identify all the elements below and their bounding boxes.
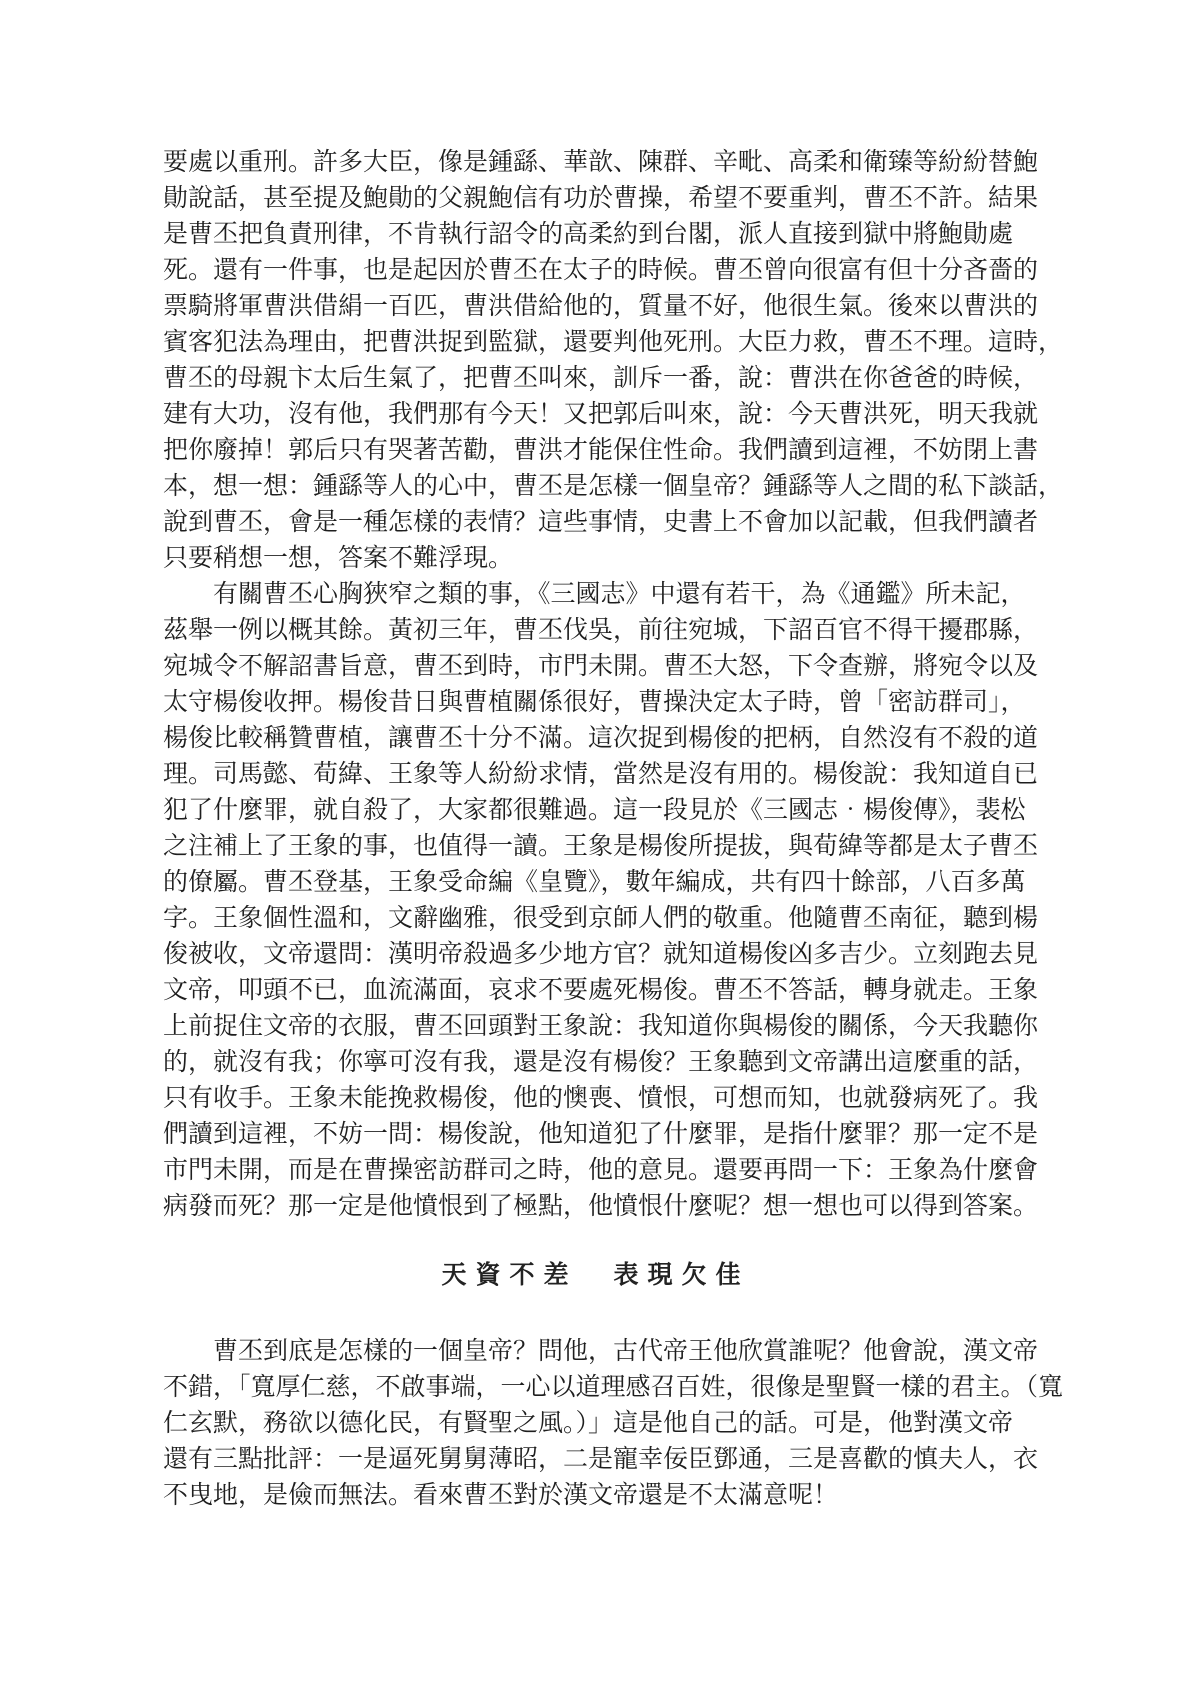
text-line: 把你廢掉！郭后只有哭著苦勸，曹洪才能保住性命。我們讀到這裡，不妨閉上書 xyxy=(163,433,1047,469)
text-line: 犯了什麼罪，就自殺了，大家都很難過。這一段見於《三國志‧楊俊傳》，裴松 xyxy=(163,793,1047,829)
text-line: 市門未開，而是在曹操密訪群司之時，他的意見。還要再問一下：王象為什麼會 xyxy=(163,1153,1047,1189)
text-line: 賓客犯法為理由，把曹洪捉到監獄，還要判他死刑。大臣力救，曹丕不理。這時， xyxy=(163,325,1047,361)
book-page: 要處以重刑。許多大臣，像是鍾繇、華歆、陳群、辛毗、高柔和衛臻等紛紛替鮑勛說話，甚… xyxy=(0,0,1191,1684)
text-line: 說到曹丕，會是一種怎樣的表情？這些事情，史書上不會加以記載，但我們讀者 xyxy=(163,505,1047,541)
paragraph: 有關曹丕心胸狹窄之類的事，《三國志》中還有若干，為《通鑑》所未記，茲舉一例以概其… xyxy=(163,577,1047,1225)
text-line: 仁玄默，務欲以德化民，有賢聖之風。）」這是他自己的話。可是，他對漢文帝 xyxy=(163,1406,1047,1442)
text-line: 的，就沒有我；你寧可沒有我，還是沒有楊俊？王象聽到文帝講出這麼重的話， xyxy=(163,1045,1047,1081)
text-line: 還有三點批評：一是逼死舅舅薄昭，二是寵幸佞臣鄧通，三是喜歡的慎夫人，衣 xyxy=(163,1442,1047,1478)
text-line: 只有收手。王象未能挽救楊俊，他的懊喪、憤恨，可想而知，也就發病死了。我 xyxy=(163,1081,1047,1117)
text-line: 有關曹丕心胸狹窄之類的事，《三國志》中還有若干，為《通鑑》所未記， xyxy=(163,577,1047,613)
text-line: 不曳地，是儉而無法。看來曹丕對於漢文帝還是不太滿意呢！ xyxy=(163,1478,1047,1514)
text-line: 文帝，叩頭不已，血流滿面，哀求不要處死楊俊。曹丕不答話，轉身就走。王象 xyxy=(163,973,1047,1009)
text-line: 勛說話，甚至提及鮑勛的父親鮑信有功於曹操，希望不要重判，曹丕不許。結果 xyxy=(163,181,1047,217)
text-line: 茲舉一例以概其餘。黃初三年，曹丕伐吳，前往宛城，下詔百官不得干擾郡縣， xyxy=(163,613,1047,649)
text-line: 理。司馬懿、荀緯、王象等人紛紛求情，當然是沒有用的。楊俊說：我知道自已 xyxy=(163,757,1047,793)
text-line: 病發而死？那一定是他憤恨到了極點，他憤恨什麼呢？想一想也可以得到答案。 xyxy=(163,1189,1047,1225)
paragraph: 要處以重刑。許多大臣，像是鍾繇、華歆、陳群、辛毗、高柔和衛臻等紛紛替鮑勛說話，甚… xyxy=(163,145,1047,577)
section-heading-left: 天資不差 xyxy=(441,1262,577,1289)
text-line: 俊被收，文帝還問：漢明帝殺過多少地方官？就知道楊俊凶多吉少。立刻跑去見 xyxy=(163,937,1047,973)
text-line: 們讀到這裡，不妨一問：楊俊說，他知道犯了什麼罪，是指什麼罪？那一定不是 xyxy=(163,1117,1047,1153)
text-line: 本，想一想：鍾繇等人的心中，曹丕是怎樣一個皇帝？鍾繇等人之間的私下談話， xyxy=(163,469,1047,505)
text-line: 之注補上了王象的事，也值得一讀。王象是楊俊所提拔，與荀緯等都是太子曹丕 xyxy=(163,829,1047,865)
text-line: 曹丕到底是怎樣的一個皇帝？問他，古代帝王他欣賞誰呢？他會說，漢文帝 xyxy=(163,1334,1047,1370)
paragraph: 曹丕到底是怎樣的一個皇帝？問他，古代帝王他欣賞誰呢？他會說，漢文帝不錯，「寬厚仁… xyxy=(163,1334,1047,1514)
text-line: 曹丕的母親卞太后生氣了，把曹丕叫來，訓斥一番，說：曹洪在你爸爸的時候， xyxy=(163,361,1047,397)
text-line: 宛城令不解詔書旨意，曹丕到時，市門未開。曹丕大怒，下令查辦，將宛令以及 xyxy=(163,649,1047,685)
text-line: 字。王象個性溫和，文辭幽雅，很受到京師人們的敬重。他隨曹丕南征，聽到楊 xyxy=(163,901,1047,937)
text-line: 太守楊俊收押。楊俊昔日與曹植關係很好，曹操決定太子時，曾「密訪群司」， xyxy=(163,685,1047,721)
text-line: 的僚屬。曹丕登基，王象受命編《皇覽》，數年編成，共有四十餘部，八百多萬 xyxy=(163,865,1047,901)
text-line: 建有大功，沒有他，我們那有今天！又把郭后叫來，說：今天曹洪死，明天我就 xyxy=(163,397,1047,433)
text-line: 上前捉住文帝的衣服，曹丕回頭對王象說：我知道你與楊俊的關係，今天我聽你 xyxy=(163,1009,1047,1045)
text-line: 票騎將軍曹洪借絹一百匹，曹洪借給他的，質量不好，他很生氣。後來以曹洪的 xyxy=(163,289,1047,325)
body-text-block-after-heading: 曹丕到底是怎樣的一個皇帝？問他，古代帝王他欣賞誰呢？他會說，漢文帝不錯，「寬厚仁… xyxy=(163,1334,1047,1514)
body-text-block-main: 要處以重刑。許多大臣，像是鍾繇、華歆、陳群、辛毗、高柔和衛臻等紛紛替鮑勛說話，甚… xyxy=(163,145,1047,1225)
text-line: 不錯，「寬厚仁慈，不啟事端，一心以道理感召百姓，很像是聖賢一樣的君主。（寬 xyxy=(163,1370,1047,1406)
text-line: 要處以重刑。許多大臣，像是鍾繇、華歆、陳群、辛毗、高柔和衛臻等紛紛替鮑 xyxy=(163,145,1047,181)
text-line: 楊俊比較稱贊曹植，讓曹丕十分不滿。這次捉到楊俊的把柄，自然沒有不殺的道 xyxy=(163,721,1047,757)
text-line: 只要稍想一想，答案不難浮現。 xyxy=(163,541,1047,577)
text-line: 死。還有一件事，也是起因於曹丕在太子的時候。曹丕曾向很富有但十分吝嗇的 xyxy=(163,253,1047,289)
section-heading: 天資不差表現欠佳 xyxy=(0,1258,1191,1294)
text-line: 是曹丕把負責刑律，不肯執行詔令的高柔約到台閣，派人直接到獄中將鮑勛處 xyxy=(163,217,1047,253)
section-heading-right: 表現欠佳 xyxy=(614,1262,750,1289)
